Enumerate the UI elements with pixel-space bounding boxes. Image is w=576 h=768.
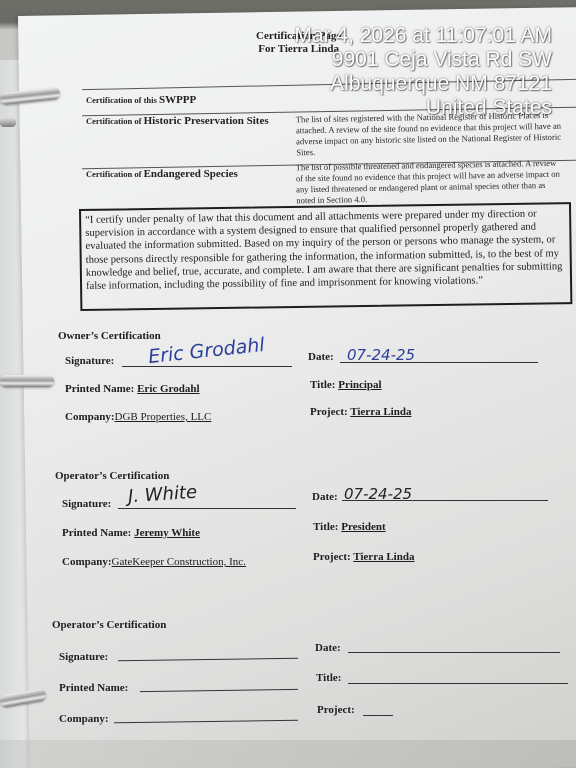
owner-signature-label: Signature: <box>65 355 114 367</box>
cert-historic-label: Certification of Historic Preservation S… <box>86 115 269 127</box>
photo-location-stamp: Mar 4, 2026 at 11:07:01 AM 9901 Ceja Vis… <box>294 24 552 120</box>
operator2-company-label: Company: <box>59 713 109 725</box>
certification-statement: “I certify under penalty of law that thi… <box>79 202 572 311</box>
owner-company: Company:DGB Properties, LLC <box>65 411 211 423</box>
owner-certification-heading: Owner’s Certification <box>58 330 161 342</box>
stamp-country: United States <box>294 96 552 120</box>
operator1-printed-name: Printed Name: Jeremy White <box>62 527 200 539</box>
operator2-date-field[interactable] <box>348 652 560 653</box>
operator1-date-value[interactable]: 07-24-25 <box>344 485 412 503</box>
operator1-project-value: Tierra Linda <box>353 551 414 563</box>
operator2-printed-name-label: Printed Name: <box>59 682 128 694</box>
binder-ring-middle <box>0 375 54 387</box>
stamp-datetime: Mar 4, 2026 at 11:07:01 AM <box>294 24 552 48</box>
operator2-project-field[interactable] <box>363 715 393 716</box>
owner-signature-line <box>122 366 292 367</box>
operator1-certification-heading: Operator’s Certification <box>55 470 169 482</box>
owner-project: Project: Tierra Linda <box>310 406 411 418</box>
operator1-date-label: Date: <box>312 491 338 503</box>
cert-endangered-description: The list of possible threatened and enda… <box>296 158 565 207</box>
owner-title: Title: Principal <box>310 379 382 391</box>
operator1-printed-name-value: Jeremy White <box>134 527 200 539</box>
stamp-street: 9901 Ceja Vista Rd SW <box>294 48 552 72</box>
cert-swppp-label: Certification of this SWPPP <box>86 94 196 106</box>
owner-company-value: DGB Properties, LLC <box>115 411 212 423</box>
photo-bottom-shadow <box>0 740 576 768</box>
cert-endangered-label: Certification of Endangered Species <box>86 168 238 180</box>
operator2-title-label: Title: <box>316 672 341 684</box>
stamp-city: Albuquerque NM 87121 <box>294 72 552 96</box>
owner-project-value: Tierra Linda <box>350 406 411 418</box>
operator1-company-value: GateKeeper Construction, Inc. <box>112 556 246 568</box>
owner-title-value: Principal <box>338 379 381 391</box>
binder-ring-top-stub <box>0 118 16 127</box>
operator1-company: Company:GateKeeper Construction, Inc. <box>62 556 246 568</box>
owner-date-label: Date: <box>308 351 334 363</box>
operator2-title-field[interactable] <box>348 683 568 684</box>
operator2-certification-heading: Operator’s Certification <box>52 619 166 631</box>
operator1-title: Title: President <box>313 521 386 533</box>
owner-printed-name-value: Eric Grodahl <box>137 383 199 395</box>
operator1-signature-line <box>118 508 296 509</box>
operator1-title-value: President <box>341 521 385 533</box>
operator2-signature-label: Signature: <box>59 651 108 663</box>
operator2-project-label: Project: <box>317 704 355 716</box>
owner-date-value[interactable]: 07-24-25 <box>347 346 415 364</box>
operator2-date-label: Date: <box>315 642 341 654</box>
operator1-project: Project: Tierra Linda <box>313 551 414 563</box>
owner-printed-name: Printed Name: Eric Grodahl <box>65 383 200 395</box>
operator1-signature-label: Signature: <box>62 498 111 510</box>
